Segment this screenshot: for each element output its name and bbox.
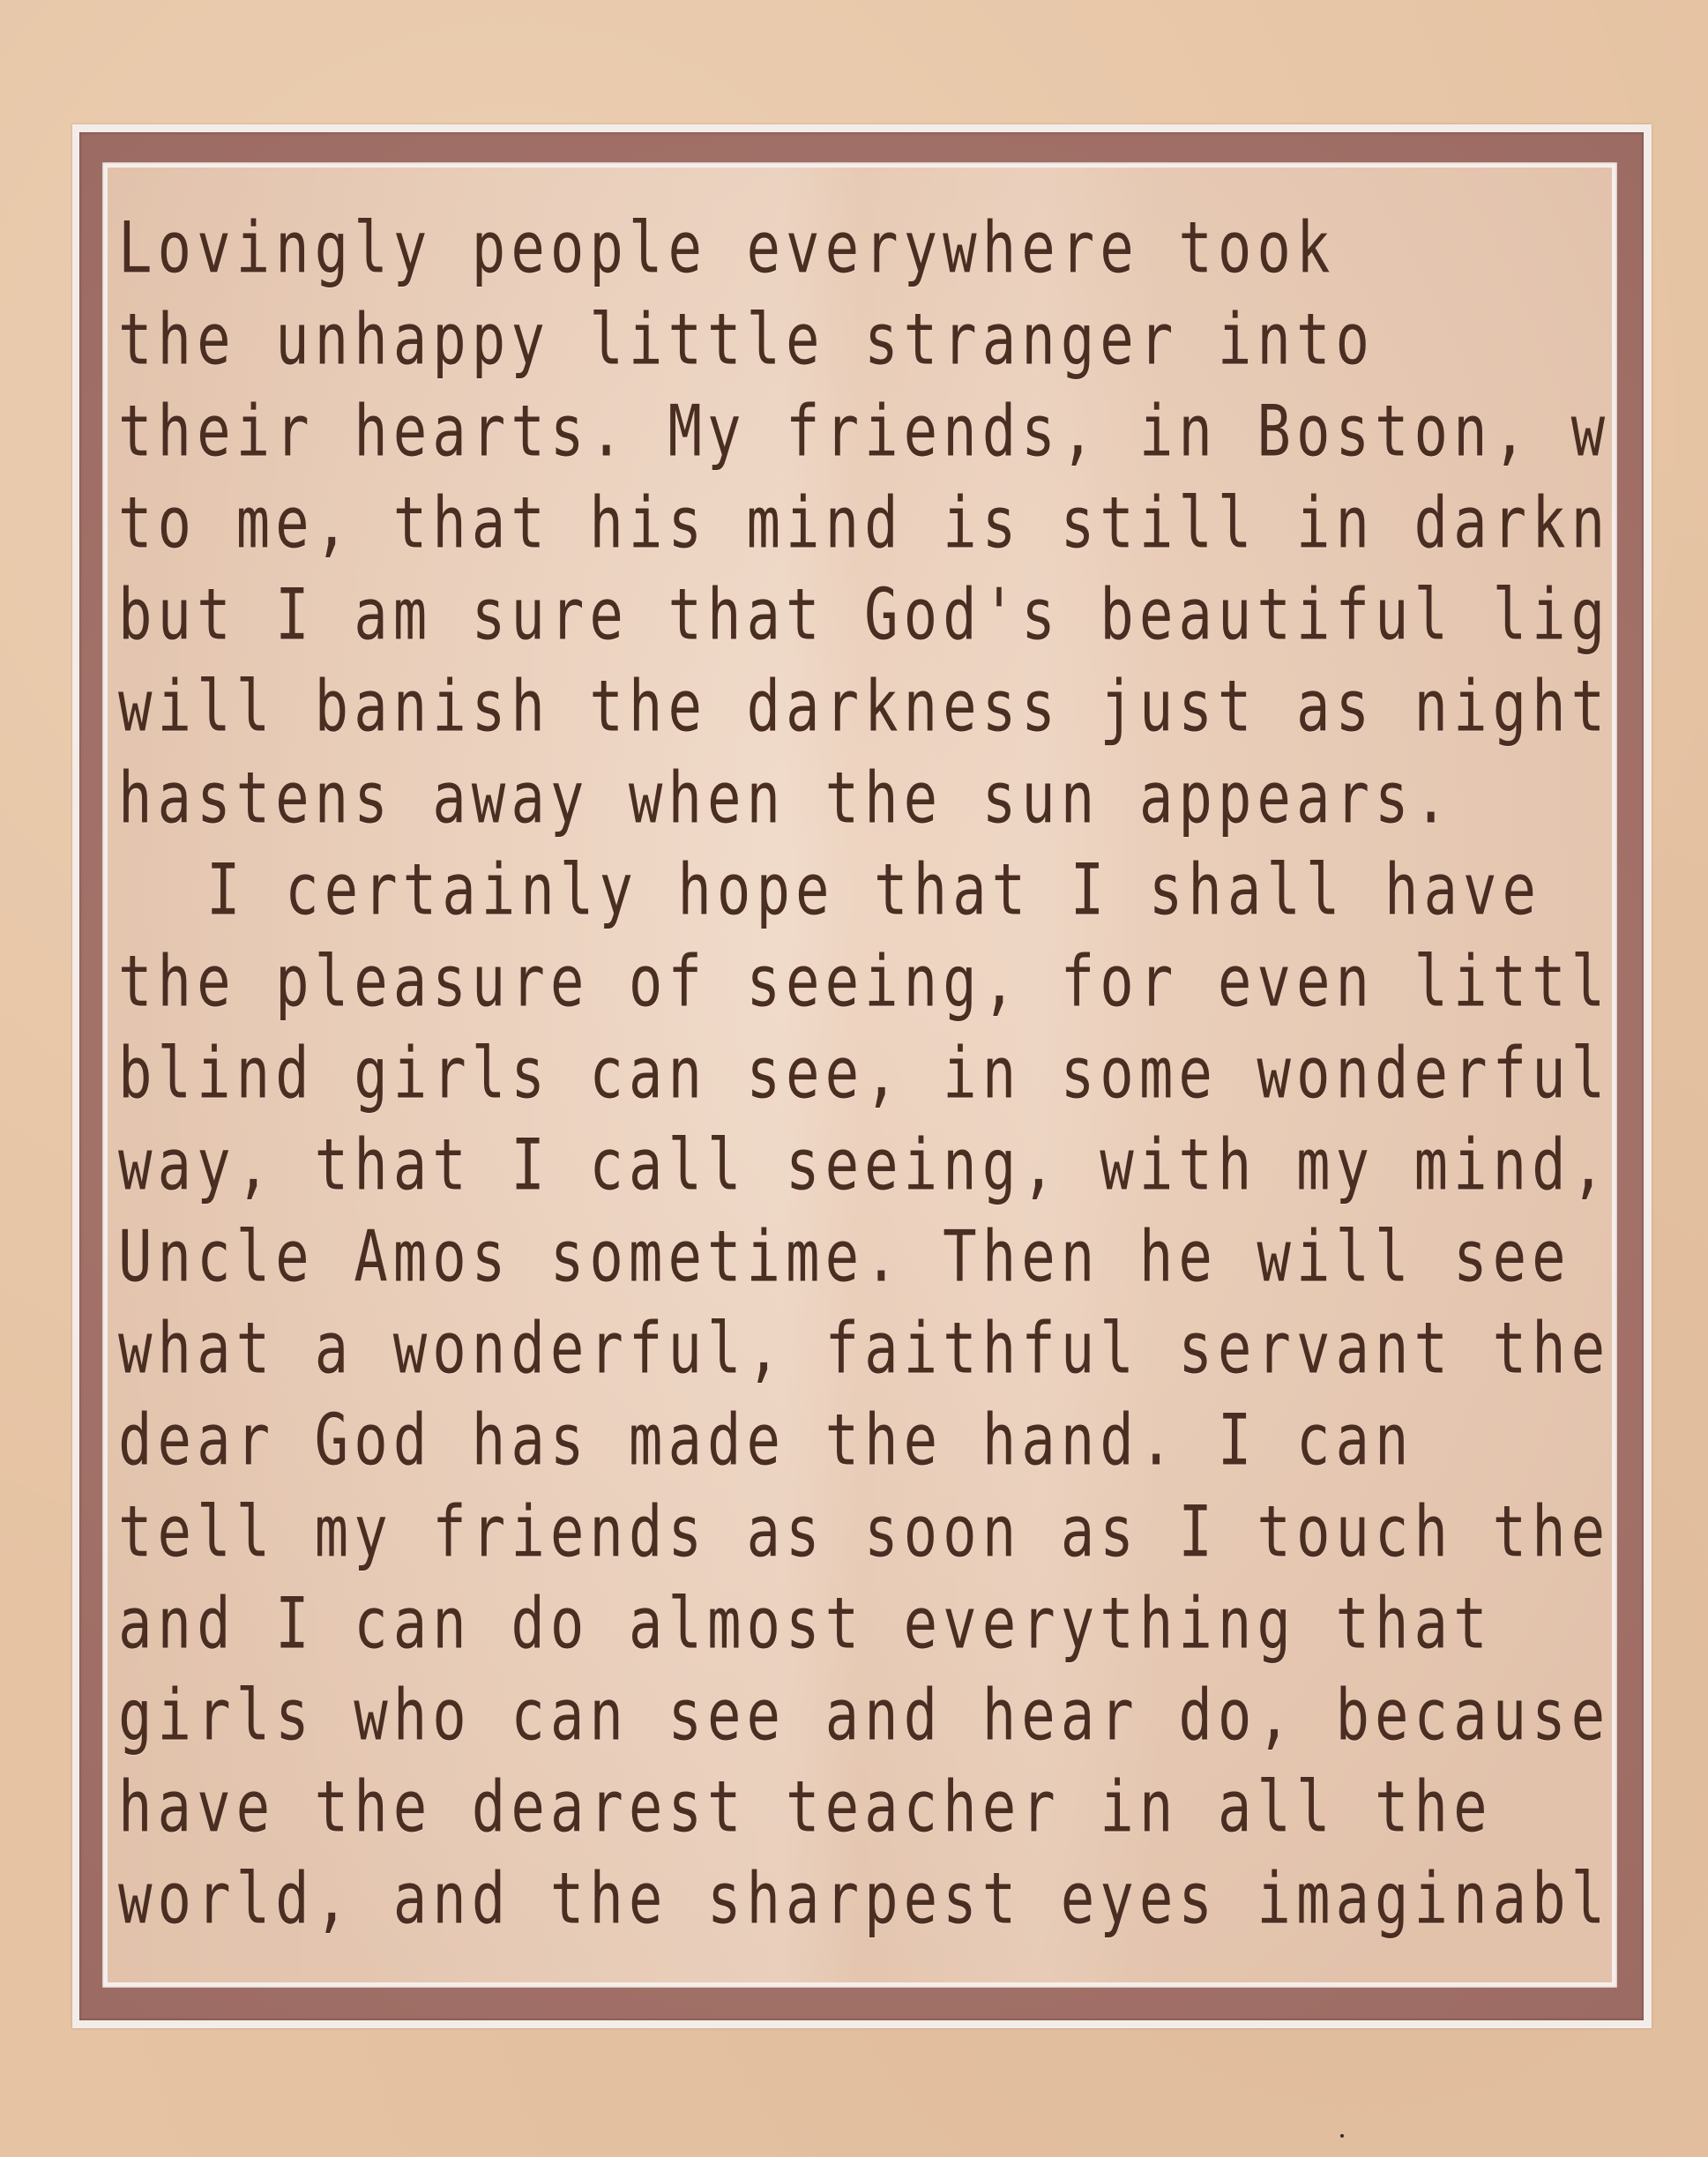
handwritten-letter-page: Lovingly people everywhere took the unha… bbox=[108, 168, 1612, 1982]
letter-line: world, and the sharpest eyes imaginable bbox=[118, 1842, 1612, 1957]
dust-speck bbox=[1340, 2134, 1344, 2138]
letter-text: Lovingly people everywhere took the unha… bbox=[118, 203, 1612, 1945]
